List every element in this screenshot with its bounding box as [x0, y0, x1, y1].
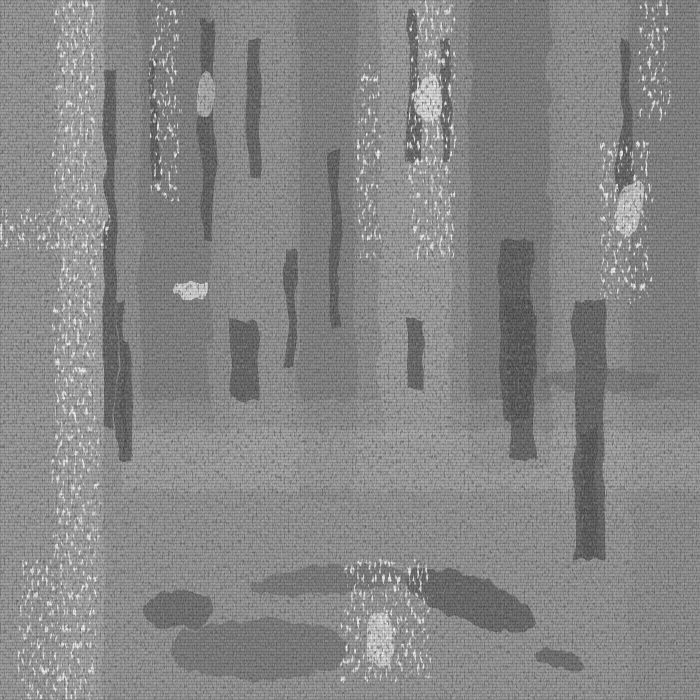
texture-layer	[0, 0, 700, 700]
abstract-texture-image: Abstract grayscale textile/rug texture w…	[0, 0, 700, 700]
